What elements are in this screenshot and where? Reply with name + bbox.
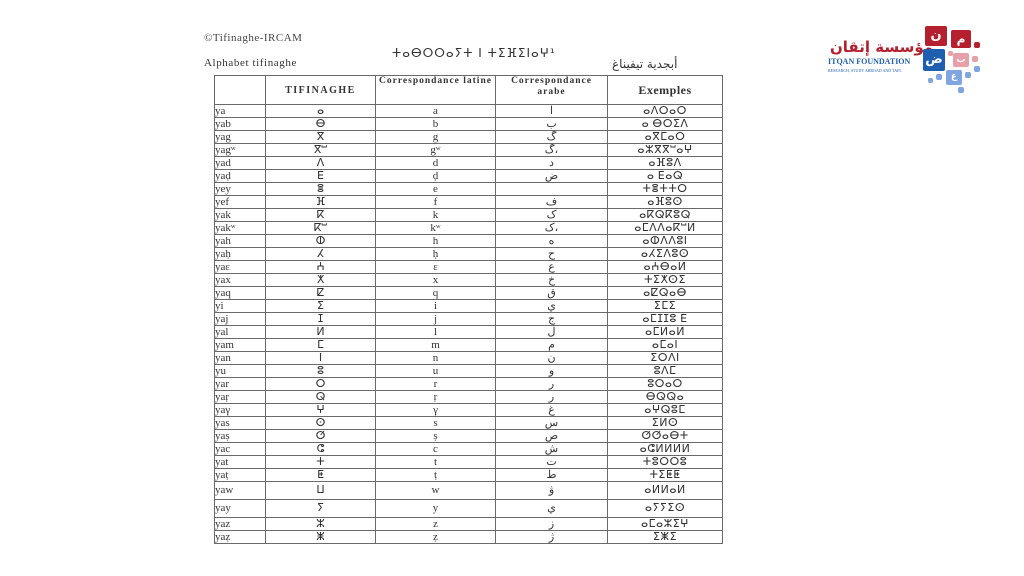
letter-name-cell: yag bbox=[215, 131, 266, 144]
letter-name-cell: yaγ bbox=[215, 404, 266, 417]
latin-letter-cell: γ bbox=[376, 404, 496, 417]
table-row: yatⵜtتⵜⵓⵔⵔⵓ bbox=[215, 456, 723, 469]
latin-letter-cell: e bbox=[376, 183, 496, 196]
example-word-cell: ⵉⵥⵉ bbox=[608, 531, 723, 544]
letter-name-cell: yay bbox=[215, 500, 266, 518]
table-row: yaẓⵥẓژⵉⵥⵉ bbox=[215, 531, 723, 544]
latin-letter-cell: u bbox=[376, 365, 496, 378]
table-row: yanⵏnنⵉⵔⴷⵏ bbox=[215, 352, 723, 365]
example-word-cell: ⵉⵍⵙ bbox=[608, 417, 723, 430]
example-word-cell: ⵜⵓⵔⵔⵓ bbox=[608, 456, 723, 469]
example-word-cell: ⴰⵎⴷⴷⴰⴽⵯⵍ bbox=[608, 222, 723, 235]
latin-letter-cell: c bbox=[376, 443, 496, 456]
example-word-cell: ⵜⵉⵟⵟ bbox=[608, 469, 723, 482]
table-row: yarⵔrرⵓⵔⴰⵔ bbox=[215, 378, 723, 391]
example-word-cell: ⴰⴼⵓⵙ bbox=[608, 196, 723, 209]
example-word-cell: ⴰⵣⴳⴳⵯⴰⵖ bbox=[608, 144, 723, 157]
logo-decor-square bbox=[928, 78, 933, 83]
tifinagh-letter-cell: ⵢ bbox=[266, 500, 376, 518]
arabic-letter-cell: ف bbox=[496, 196, 608, 209]
tifinagh-letter-cell: ⵕ bbox=[266, 391, 376, 404]
tifinagh-letter-cell: ⵏ bbox=[266, 352, 376, 365]
logo-name-ar: مؤسسة إتقان bbox=[830, 38, 933, 56]
letter-name-cell: yal bbox=[215, 326, 266, 339]
arabic-letter-cell: خ bbox=[496, 274, 608, 287]
letter-name-cell: yak bbox=[215, 209, 266, 222]
tifinagh-letter-cell: ⵃ bbox=[266, 248, 376, 261]
table-row: yaqⵇqقⴰⵇⵕⴰⴱ bbox=[215, 287, 723, 300]
example-word-cell: ⴰⵍⵍⴰⵍ bbox=[608, 482, 723, 500]
arabic-letter-cell: ر bbox=[496, 378, 608, 391]
arabic-letter-cell: ا bbox=[496, 105, 608, 118]
table-row: yakⴽkکⴰⴽⵕⴽⵓⵕ bbox=[215, 209, 723, 222]
arabic-letter-cell: ب bbox=[496, 118, 608, 131]
letter-name-cell: ya bbox=[215, 105, 266, 118]
example-word-cell: ⴰⵢⵢⵉⵙ bbox=[608, 500, 723, 518]
latin-letter-cell: y bbox=[376, 500, 496, 518]
latin-letter-cell: ẓ bbox=[376, 531, 496, 544]
example-word-cell: ⵉⵔⴷⵏ bbox=[608, 352, 723, 365]
copyright-text: ©Tifinaghe-IRCAM bbox=[204, 32, 302, 44]
letter-name-cell: yaz bbox=[215, 518, 266, 531]
example-word-cell: ⵜⵉⵅⵙⵉ bbox=[608, 274, 723, 287]
logo-letter-tile: م bbox=[951, 30, 971, 48]
latin-letter-cell: h bbox=[376, 235, 496, 248]
table-row: yaxⵅxخⵜⵉⵅⵙⵉ bbox=[215, 274, 723, 287]
example-word-cell: ⴰⵖⵕⵓⵎ bbox=[608, 404, 723, 417]
letter-name-cell: yaẓ bbox=[215, 531, 266, 544]
example-word-cell: ⵓⴷⵎ bbox=[608, 365, 723, 378]
letter-name-cell: yah bbox=[215, 235, 266, 248]
table-row: yefⴼfفⴰⴼⵓⵙ bbox=[215, 196, 723, 209]
table-header-row: TIFINAGHE Correspondance latine Correspo… bbox=[215, 76, 723, 105]
arabic-letter-cell: ق bbox=[496, 287, 608, 300]
tifinagh-letter-cell: ⴽⵯ bbox=[266, 222, 376, 235]
letter-name-cell: yaḥ bbox=[215, 248, 266, 261]
tifinagh-letter-cell: ⴽ bbox=[266, 209, 376, 222]
table-row: yeyⴻeⵜⴻⵜⵜⵔ bbox=[215, 183, 723, 196]
logo-decor-square bbox=[948, 51, 953, 56]
example-word-cell: ⴰⵄⴱⴰⵍ bbox=[608, 261, 723, 274]
arabic-letter-cell: ز bbox=[496, 518, 608, 531]
letter-name-cell: yam bbox=[215, 339, 266, 352]
table-row: yagⴳgگⴰⴳⵎⴰⵔ bbox=[215, 131, 723, 144]
example-word-cell: ⴰⵛⵍⵍⵍⵍ bbox=[608, 443, 723, 456]
arabic-letter-cell: ش bbox=[496, 443, 608, 456]
latin-letter-cell: n bbox=[376, 352, 496, 365]
tifinagh-letter-cell: ⵚ bbox=[266, 430, 376, 443]
arabic-letter-cell: ض bbox=[496, 170, 608, 183]
letter-name-cell: yagʷ bbox=[215, 144, 266, 157]
table-row: yalⵍlلⴰⵎⵍⴰⵍ bbox=[215, 326, 723, 339]
table-row: yaɛⵄɛعⴰⵄⴱⴰⵍ bbox=[215, 261, 723, 274]
arabic-letter-cell: ن bbox=[496, 352, 608, 365]
arabic-letter-cell: ت bbox=[496, 456, 608, 469]
column-header-examples: Exemples bbox=[608, 76, 723, 105]
table-row: yiⵉiيⵉⵎⵉ bbox=[215, 300, 723, 313]
arabic-letter-cell: ج bbox=[496, 313, 608, 326]
letter-name-cell: yey bbox=[215, 183, 266, 196]
tifinagh-letter-cell: ⴳⵯ bbox=[266, 144, 376, 157]
logo-tagline: RESEARCH, STUDY ABROAD AND TAFL bbox=[828, 68, 902, 73]
example-word-cell: ⴱⵕⵕⴰ bbox=[608, 391, 723, 404]
letter-name-cell: yu bbox=[215, 365, 266, 378]
letter-name-cell: yaj bbox=[215, 313, 266, 326]
arabic-letter-cell: ط bbox=[496, 469, 608, 482]
logo-decor-square bbox=[958, 87, 964, 93]
example-word-cell: ⴰⵀⴷⴷⵓⵏ bbox=[608, 235, 723, 248]
logo-decor-square bbox=[936, 74, 942, 80]
arabic-letter-cell: ر bbox=[496, 391, 608, 404]
tifinagh-letter-cell: ⴳ bbox=[266, 131, 376, 144]
latin-letter-cell: ḥ bbox=[376, 248, 496, 261]
latin-letter-cell: s bbox=[376, 417, 496, 430]
arabic-letter-cell: و bbox=[496, 365, 608, 378]
letter-name-cell: yaṣ bbox=[215, 430, 266, 443]
letter-name-cell: yaq bbox=[215, 287, 266, 300]
alphabet-subtitle-fr: Alphabet tifinaghe bbox=[204, 57, 297, 69]
tifinagh-letter-cell: ⵎ bbox=[266, 339, 376, 352]
latin-letter-cell: w bbox=[376, 482, 496, 500]
tifinagh-letter-cell: ⴻ bbox=[266, 183, 376, 196]
table-row: yagʷⴳⵯgʷگ،ⴰⵣⴳⴳⵯⴰⵖ bbox=[215, 144, 723, 157]
latin-letter-cell: x bbox=[376, 274, 496, 287]
table-row: yamⵎmمⴰⵎⴰⵏ bbox=[215, 339, 723, 352]
itqan-foundation-logo: مؤسسة إتقان ITQAN FOUNDATION RESEARCH, S… bbox=[828, 24, 988, 99]
arabic-letter-cell: د bbox=[496, 157, 608, 170]
latin-letter-cell: a bbox=[376, 105, 496, 118]
tifinagh-letter-cell: ⵙ bbox=[266, 417, 376, 430]
tifinagh-letter-cell: ⵅ bbox=[266, 274, 376, 287]
arabic-letter-cell: ک، bbox=[496, 222, 608, 235]
logo-name-en: ITQAN FOUNDATION bbox=[828, 57, 910, 66]
latin-letter-cell: gʷ bbox=[376, 144, 496, 157]
arabic-letter-cell bbox=[496, 183, 608, 196]
table-row: yaṭⵟṭطⵜⵉⵟⵟ bbox=[215, 469, 723, 482]
latin-letter-cell: j bbox=[376, 313, 496, 326]
arabic-letter-cell: ک bbox=[496, 209, 608, 222]
table-row: yawⵡwۋⴰⵍⵍⴰⵍ bbox=[215, 482, 723, 500]
logo-decor-square bbox=[974, 66, 980, 72]
latin-letter-cell: ṭ bbox=[376, 469, 496, 482]
table-row: yahⵀhهⴰⵀⴷⴷⵓⵏ bbox=[215, 235, 723, 248]
tifinagh-letter-cell: ⵖ bbox=[266, 404, 376, 417]
column-header-arabic: Correspondance arabe bbox=[496, 76, 608, 105]
latin-letter-cell: g bbox=[376, 131, 496, 144]
tifinagh-letter-cell: ⵀ bbox=[266, 235, 376, 248]
letter-name-cell: yaḍ bbox=[215, 170, 266, 183]
latin-letter-cell: l bbox=[376, 326, 496, 339]
tifinagh-letter-cell: ⴹ bbox=[266, 170, 376, 183]
example-word-cell: ⴰ ⴱⵔⵉⴷ bbox=[608, 118, 723, 131]
example-word-cell: ⵓⵔⴰⵔ bbox=[608, 378, 723, 391]
example-word-cell: ⴰⵎⵍⴰⵍ bbox=[608, 326, 723, 339]
table-row: yaṣⵚṣصⵚⵚⴰⴱⵜ bbox=[215, 430, 723, 443]
arabic-letter-cell: ي bbox=[496, 500, 608, 518]
tifinagh-letter-cell: ⵇ bbox=[266, 287, 376, 300]
example-word-cell: ⴰ ⴹⴰⵕ bbox=[608, 170, 723, 183]
arabic-letter-cell: ص bbox=[496, 430, 608, 443]
table-row: yaⴰaاⴰⴷⵔⴰⵔ bbox=[215, 105, 723, 118]
table-row: yaḥⵃḥحⴰⵃⵉⴷⵓⵙ bbox=[215, 248, 723, 261]
latin-letter-cell: ṛ bbox=[376, 391, 496, 404]
column-header-tifinaghe: TIFINAGHE bbox=[266, 76, 376, 105]
example-word-cell: ⵉⵎⵉ bbox=[608, 300, 723, 313]
table-row: yuⵓuوⵓⴷⵎ bbox=[215, 365, 723, 378]
example-word-cell: ⴰⴷⵔⴰⵔ bbox=[608, 105, 723, 118]
table-row: yakʷⴽⵯkʷک،ⴰⵎⴷⴷⴰⴽⵯⵍ bbox=[215, 222, 723, 235]
latin-letter-cell: z bbox=[376, 518, 496, 531]
tifinagh-letter-cell: ⵍ bbox=[266, 326, 376, 339]
arabic-letter-cell: گ bbox=[496, 131, 608, 144]
example-word-cell: ⴰⴼⵓⴷ bbox=[608, 157, 723, 170]
latin-letter-cell: ṣ bbox=[376, 430, 496, 443]
latin-letter-cell: f bbox=[376, 196, 496, 209]
tifinagh-letter-cell: ⴼ bbox=[266, 196, 376, 209]
table-row: yaḍⴹḍضⴰ ⴹⴰⵕ bbox=[215, 170, 723, 183]
latin-letter-cell: ɛ bbox=[376, 261, 496, 274]
alphabet-subtitle-ar: أبجدية تيفيناغ bbox=[612, 57, 722, 71]
example-word-cell: ⴰⵇⵕⴰⴱ bbox=[608, 287, 723, 300]
latin-letter-cell: b bbox=[376, 118, 496, 131]
letter-name-cell: yat bbox=[215, 456, 266, 469]
tifinagh-letter-cell: ⵣ bbox=[266, 518, 376, 531]
letter-name-cell: yad bbox=[215, 157, 266, 170]
tifinagh-letter-cell: ⵜ bbox=[266, 456, 376, 469]
letter-name-cell: yaṛ bbox=[215, 391, 266, 404]
arabic-letter-cell: س bbox=[496, 417, 608, 430]
example-word-cell: ⴰⴳⵎⴰⵔ bbox=[608, 131, 723, 144]
table-row: yacⵛcشⴰⵛⵍⵍⵍⵍ bbox=[215, 443, 723, 456]
latin-letter-cell: d bbox=[376, 157, 496, 170]
latin-letter-cell: r bbox=[376, 378, 496, 391]
arabic-letter-cell: ل bbox=[496, 326, 608, 339]
arabic-letter-cell: گ، bbox=[496, 144, 608, 157]
letter-name-cell: yaɛ bbox=[215, 261, 266, 274]
example-word-cell: ⴰⵎⴰⵏ bbox=[608, 339, 723, 352]
arabic-letter-cell: ح bbox=[496, 248, 608, 261]
example-word-cell: ⵜⴻⵜⵜⵔ bbox=[608, 183, 723, 196]
tifinagh-letter-cell: ⴱ bbox=[266, 118, 376, 131]
arabic-letter-cell: ژ bbox=[496, 531, 608, 544]
table-row: yajⵊjجⴰⵎⵊⵊⵓ ⴹ bbox=[215, 313, 723, 326]
tifinagh-letter-cell: ⵓ bbox=[266, 365, 376, 378]
logo-decor-square bbox=[974, 42, 980, 48]
latin-letter-cell: m bbox=[376, 339, 496, 352]
logo-letter-tile: ع bbox=[946, 70, 962, 85]
letter-name-cell: yas bbox=[215, 417, 266, 430]
table-row: yazⵣzزⴰⵎⴰⵣⵉⵖ bbox=[215, 518, 723, 531]
tifinagh-letter-cell: ⴰ bbox=[266, 105, 376, 118]
latin-letter-cell: q bbox=[376, 287, 496, 300]
example-word-cell: ⴰⴽⵕⴽⵓⵕ bbox=[608, 209, 723, 222]
letter-name-cell: yar bbox=[215, 378, 266, 391]
letter-name-cell: yaṭ bbox=[215, 469, 266, 482]
arabic-letter-cell: ۋ bbox=[496, 482, 608, 500]
arabic-letter-cell: ع bbox=[496, 261, 608, 274]
tifinagh-letter-cell: ⵔ bbox=[266, 378, 376, 391]
letter-name-cell: yaw bbox=[215, 482, 266, 500]
logo-letter-tile: ب bbox=[953, 53, 969, 67]
tifinagh-letter-cell: ⴷ bbox=[266, 157, 376, 170]
example-word-cell: ⴰⵃⵉⴷⵓⵙ bbox=[608, 248, 723, 261]
letter-name-cell: yab bbox=[215, 118, 266, 131]
example-word-cell: ⴰⵎⴰⵣⵉⵖ bbox=[608, 518, 723, 531]
tifinagh-letter-cell: ⵡ bbox=[266, 482, 376, 500]
arabic-letter-cell: ه bbox=[496, 235, 608, 248]
latin-letter-cell: i bbox=[376, 300, 496, 313]
logo-letter-tile: ض bbox=[923, 49, 945, 71]
tifinagh-letter-cell: ⵊ bbox=[266, 313, 376, 326]
table-row: yayⵢyيⴰⵢⵢⵉⵙ bbox=[215, 500, 723, 518]
latin-letter-cell: kʷ bbox=[376, 222, 496, 235]
letter-name-cell: yan bbox=[215, 352, 266, 365]
table-row: yaṛⵕṛرⴱⵕⵕⴰ bbox=[215, 391, 723, 404]
column-header-name bbox=[215, 76, 266, 105]
letter-name-cell: yakʷ bbox=[215, 222, 266, 235]
arabic-letter-cell: ي bbox=[496, 300, 608, 313]
tifinagh-letter-cell: ⵥ bbox=[266, 531, 376, 544]
latin-letter-cell: ḍ bbox=[376, 170, 496, 183]
tifinagh-title: ⵜⴰⴱⵔⵔⴰⵢⵜ ⵏ ⵜⵉⴼⵉⵏⴰⵖ¹ bbox=[392, 46, 556, 60]
arabic-letter-cell: م bbox=[496, 339, 608, 352]
tifinagh-alphabet-table: TIFINAGHE Correspondance latine Correspo… bbox=[214, 75, 723, 544]
tifinagh-letter-cell: ⵉ bbox=[266, 300, 376, 313]
table-row: yabⴱbبⴰ ⴱⵔⵉⴷ bbox=[215, 118, 723, 131]
tifinagh-letter-cell: ⵄ bbox=[266, 261, 376, 274]
example-word-cell: ⴰⵎⵊⵊⵓ ⴹ bbox=[608, 313, 723, 326]
logo-decor-square bbox=[965, 72, 971, 78]
table-row: yasⵙsسⵉⵍⵙ bbox=[215, 417, 723, 430]
letter-name-cell: yac bbox=[215, 443, 266, 456]
table-row: yadⴷdدⴰⴼⵓⴷ bbox=[215, 157, 723, 170]
logo-decor-square bbox=[972, 56, 978, 62]
logo-letter-tile: ن bbox=[925, 26, 947, 46]
tifinagh-letter-cell: ⵛ bbox=[266, 443, 376, 456]
table-row: yaγⵖγغⴰⵖⵕⵓⵎ bbox=[215, 404, 723, 417]
letter-name-cell: yef bbox=[215, 196, 266, 209]
letter-name-cell: yax bbox=[215, 274, 266, 287]
letter-name-cell: yi bbox=[215, 300, 266, 313]
arabic-letter-cell: غ bbox=[496, 404, 608, 417]
example-word-cell: ⵚⵚⴰⴱⵜ bbox=[608, 430, 723, 443]
latin-letter-cell: k bbox=[376, 209, 496, 222]
latin-letter-cell: t bbox=[376, 456, 496, 469]
tifinagh-letter-cell: ⵟ bbox=[266, 469, 376, 482]
column-header-latin: Correspondance latine bbox=[376, 76, 496, 105]
